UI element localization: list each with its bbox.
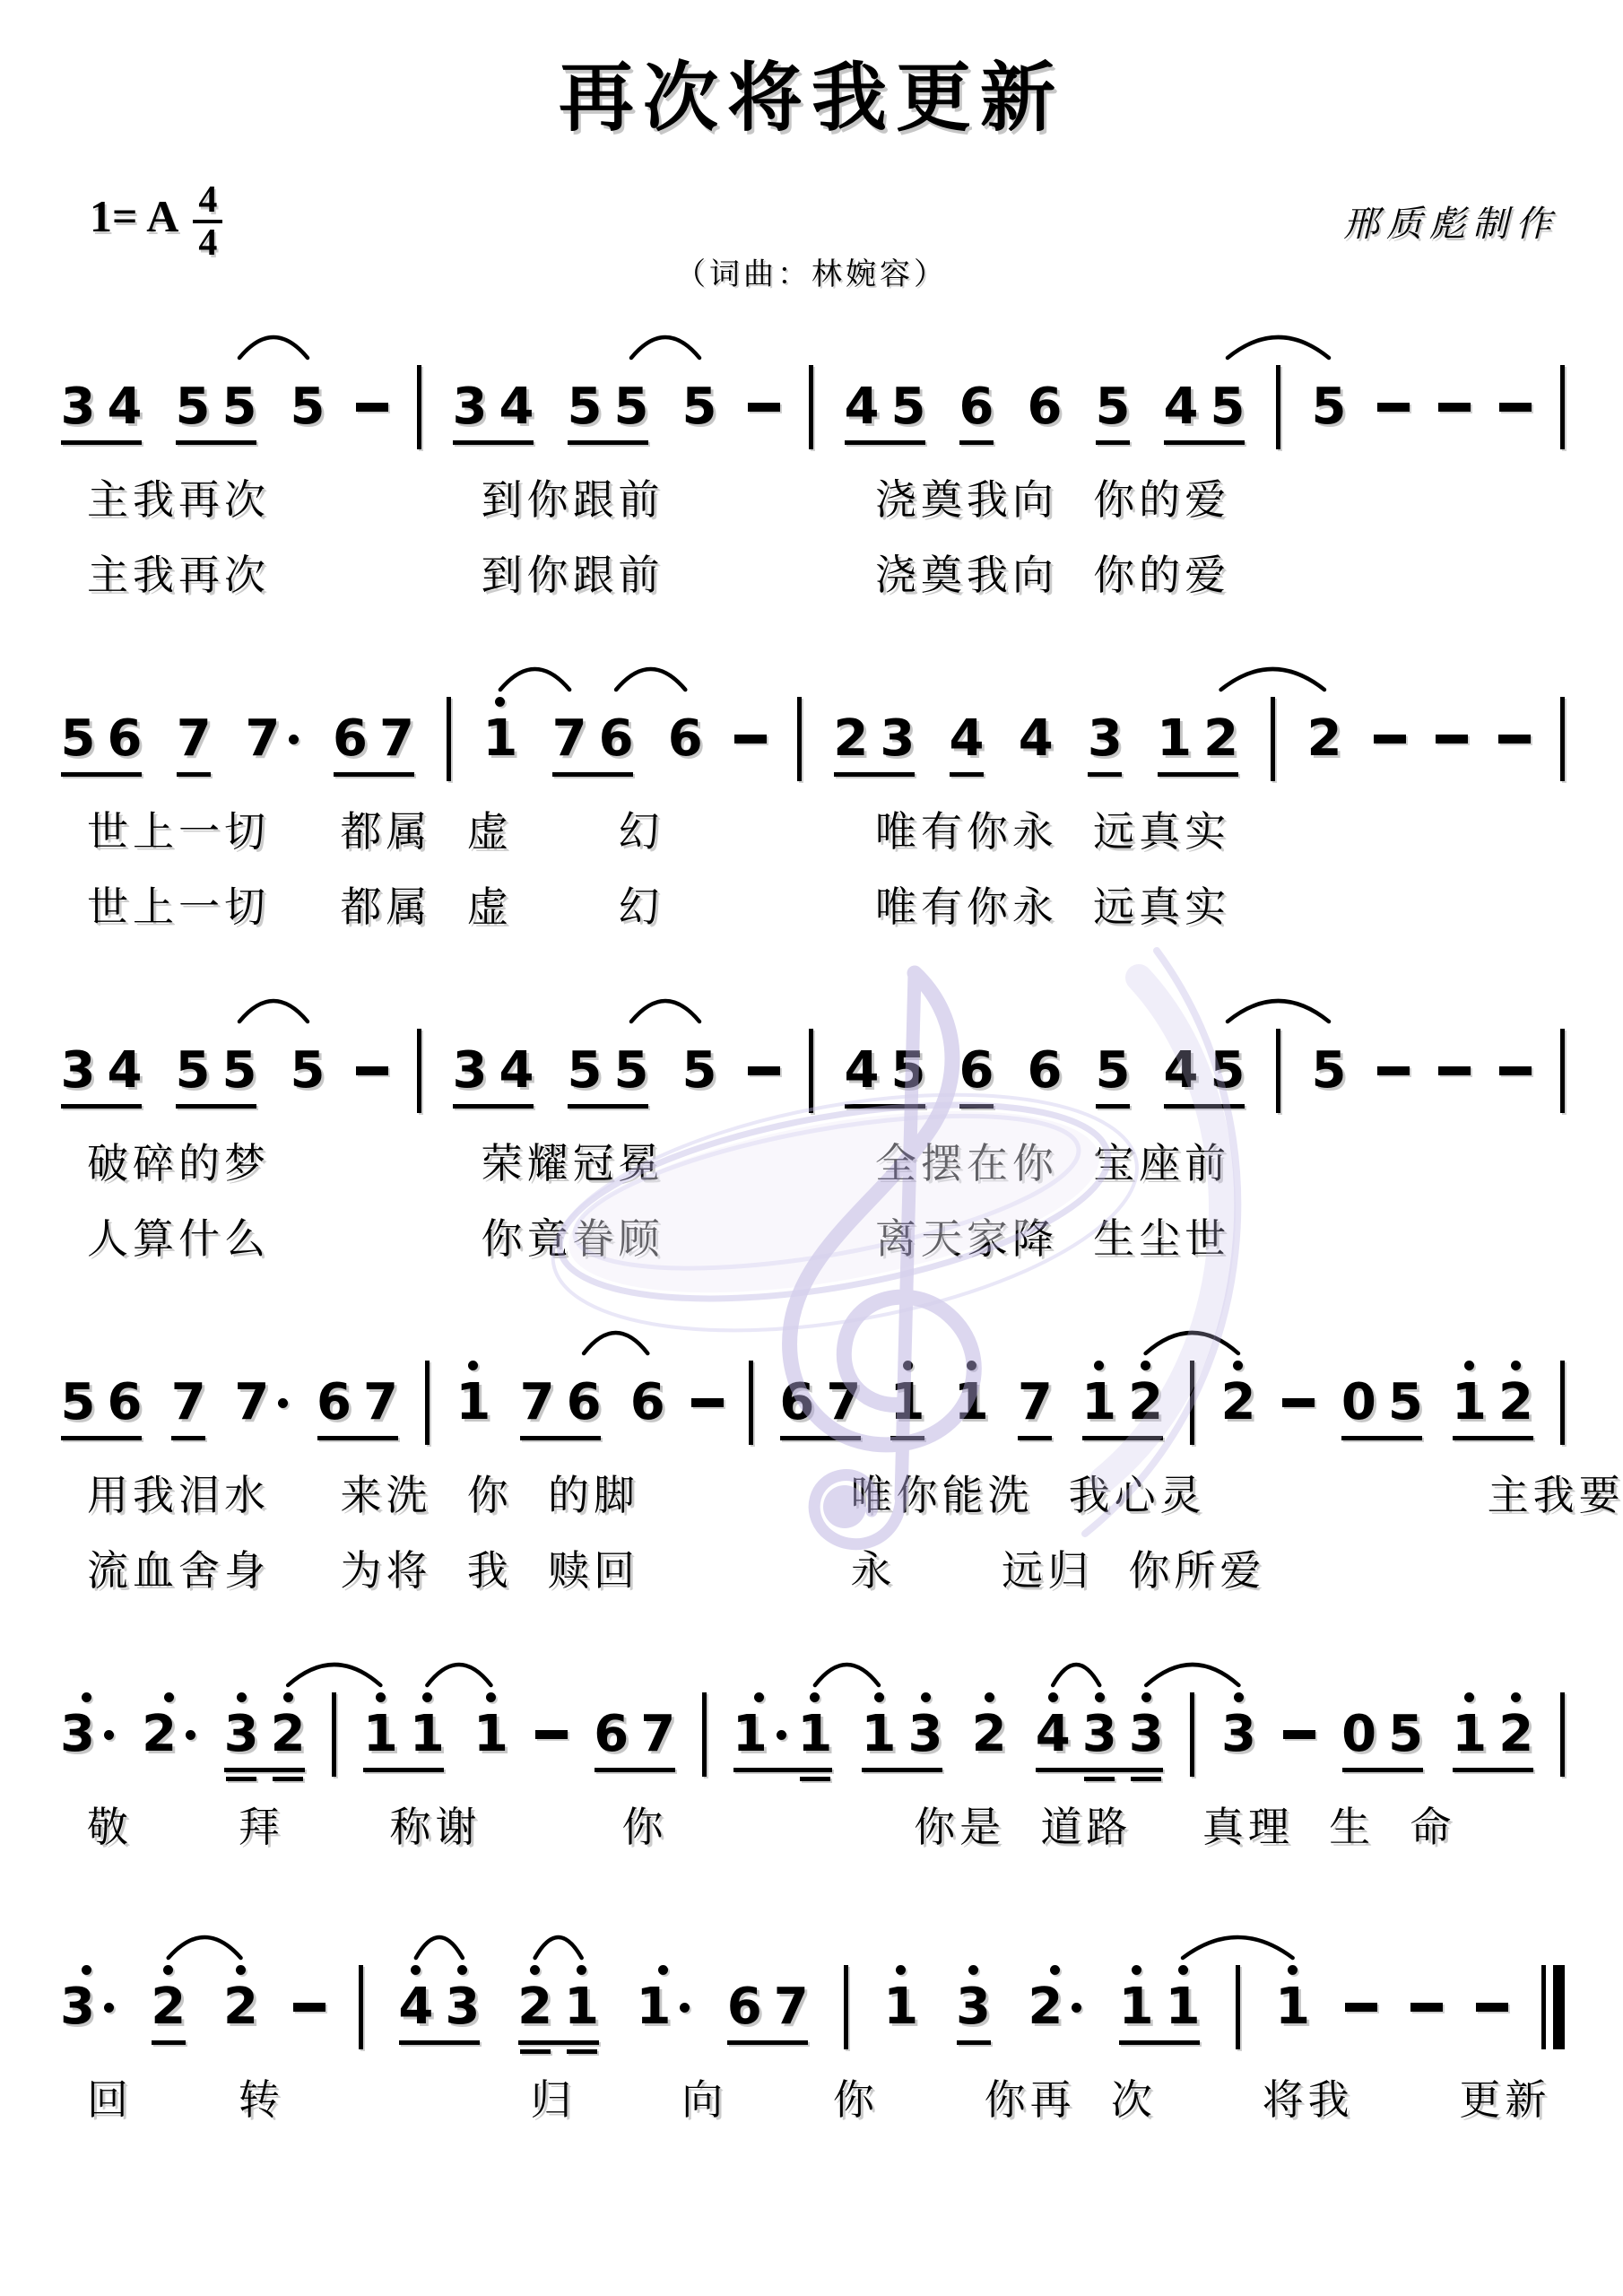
octave-dot	[1132, 1965, 1141, 1975]
note: 4	[398, 1965, 434, 2035]
beam-underline	[862, 1768, 942, 1772]
note-row: 6	[1028, 379, 1063, 435]
note-value: 5	[1096, 1043, 1131, 1099]
note-row: 7	[379, 711, 414, 767]
octave-dot	[283, 1692, 293, 1702]
barline	[702, 1692, 707, 1777]
note-row: 3	[60, 1707, 114, 1762]
note-row: 2	[1498, 1707, 1533, 1762]
note-group: 5	[288, 365, 327, 435]
note-row: 6	[333, 711, 368, 767]
octave-dot	[985, 1692, 994, 1702]
beam-underline	[595, 1768, 675, 1772]
note: 1	[456, 1361, 491, 1431]
barline	[1560, 1692, 1565, 1777]
note-row: 7	[177, 711, 212, 767]
note-value: 7	[520, 1375, 555, 1431]
note: 1	[953, 1361, 989, 1431]
octave-dot	[1095, 1692, 1105, 1702]
sheet-music-page: 再次将我更新 1= A 4 4 邢质彪制作 （词曲：林婉容） 345553455…	[0, 0, 1623, 2296]
note-value: 2	[972, 1707, 1007, 1762]
note-row: 6	[630, 1375, 665, 1431]
note-value: 7	[234, 1375, 269, 1431]
note-row: 5	[61, 711, 96, 767]
note-row: 7	[1018, 1375, 1053, 1431]
note-value: 5	[614, 1043, 649, 1099]
octave-dot	[1050, 1965, 1060, 1975]
note-group: 3	[58, 1965, 116, 2035]
note-value: 5	[614, 379, 649, 435]
note: 1	[473, 1692, 508, 1762]
note: 5	[681, 1029, 717, 1099]
note-row: 5	[891, 379, 926, 435]
note-group: 11	[1116, 1965, 1202, 2035]
barline	[1560, 1029, 1565, 1113]
note-row: 4	[950, 711, 985, 767]
note-value: 6	[594, 1707, 629, 1762]
note-row: 5	[291, 1043, 325, 1099]
note: 6	[566, 1361, 602, 1431]
slur-arc	[239, 1001, 308, 1022]
note: 1	[1452, 1361, 1488, 1431]
note-value: 6	[1028, 379, 1063, 435]
note: 5	[1095, 1029, 1131, 1099]
beam-underline	[224, 1768, 305, 1772]
duration-dash	[1476, 2003, 1508, 2012]
note: 3	[1081, 1692, 1117, 1762]
note-row: 6	[108, 1375, 143, 1431]
note-group: 12	[1450, 1361, 1536, 1431]
note-value: 1	[733, 1707, 768, 1762]
beam-underline	[1096, 440, 1130, 445]
note-row: 4	[1164, 379, 1199, 435]
note-group: 6	[957, 1029, 996, 1099]
note-value: 5	[1312, 379, 1347, 435]
note: 5	[221, 1029, 257, 1099]
note: 4	[949, 697, 985, 767]
barline	[417, 1029, 421, 1113]
octave-dot	[1511, 1361, 1521, 1370]
note-group: 43	[396, 1965, 482, 2035]
note-row: 4	[499, 1043, 534, 1099]
beam-underline	[959, 1104, 994, 1109]
note: 7	[363, 1361, 399, 1431]
octave-dot	[577, 1965, 586, 1975]
note-value: 2	[1306, 711, 1341, 767]
note-group: 67	[725, 1965, 811, 2035]
note-group: 7	[169, 1361, 208, 1431]
beam-underline	[453, 440, 534, 445]
note-row: 1	[1119, 1979, 1154, 2035]
note-group: 67	[331, 697, 417, 767]
note-value: 5	[222, 1043, 257, 1099]
note-group: 7	[232, 1361, 290, 1431]
note-value: 4	[950, 711, 985, 767]
note-group: 5	[1309, 365, 1349, 435]
barline	[332, 1692, 336, 1777]
beam-underline	[1119, 2040, 1200, 2045]
note-value: 1	[862, 1707, 897, 1762]
note-row: 3	[880, 711, 915, 767]
slur-arc	[584, 1333, 647, 1353]
note-group: 3	[954, 1965, 994, 2035]
note-row: 3	[908, 1707, 943, 1762]
note-row: 4	[1164, 1043, 1199, 1099]
note: 4	[1163, 365, 1199, 435]
note-row: 5	[682, 1043, 717, 1099]
lyrics-row-1: 世上一切 都属 虚 幻 唯有你永 远真实	[58, 794, 1565, 869]
note-value: 5	[1211, 379, 1245, 435]
beam-underline	[61, 1104, 142, 1109]
duration-dash	[1410, 2003, 1443, 2012]
octave-dot	[1464, 1361, 1474, 1370]
slur-arc	[616, 669, 685, 690]
barline	[425, 1361, 430, 1445]
note-row: 2	[833, 711, 868, 767]
note-row: 5	[1388, 1375, 1423, 1431]
note-value: 6	[630, 1375, 665, 1431]
note: 6	[726, 1965, 762, 2035]
note: 5	[1387, 1361, 1423, 1431]
note-value: 3	[61, 1043, 96, 1099]
beam-underline-second	[800, 1777, 830, 1781]
barline	[749, 1361, 753, 1445]
note-row: 2	[517, 1979, 552, 2035]
note-row: 3	[1221, 1707, 1256, 1762]
note-row: 4	[1019, 711, 1054, 767]
note-row: 3	[1088, 711, 1123, 767]
note-row: 5	[891, 1043, 926, 1099]
lyrics-row-1: 回 转 归 向 你 你再 次 将我 更新	[58, 2062, 1565, 2137]
note: 6	[1027, 1029, 1063, 1099]
note: 2	[151, 1965, 187, 2035]
beam-underline	[733, 1768, 832, 1772]
note: 4	[1163, 1029, 1199, 1099]
note: 2	[270, 1692, 306, 1762]
octave-dot	[1233, 1361, 1243, 1370]
note-row: 5	[1312, 1043, 1347, 1099]
barline	[809, 1029, 813, 1113]
duration-dash	[535, 1730, 568, 1739]
note-group: 6	[665, 697, 705, 767]
beam-underline	[1164, 1104, 1245, 1109]
note-row: 6	[779, 1375, 814, 1431]
note-group: 2	[969, 1692, 1009, 1762]
note-row: 6	[959, 1043, 994, 1099]
note-row: 6	[668, 711, 703, 767]
note-value: 5	[61, 1375, 96, 1431]
note-value: 3	[445, 1979, 480, 2035]
note: 1	[564, 1965, 600, 2035]
note-value: 4	[499, 379, 534, 435]
note-group: 34	[58, 365, 144, 435]
note: 5	[613, 365, 649, 435]
note-row: 6	[317, 1375, 352, 1431]
note-group: 7	[243, 697, 300, 767]
final-barline-thick	[1553, 1965, 1565, 2049]
note-value: 4	[1036, 1707, 1071, 1762]
octave-dot	[896, 1965, 906, 1975]
note-value: 1	[410, 1707, 445, 1762]
beam-underline	[61, 772, 142, 777]
note-row: 6	[567, 1375, 602, 1431]
note-value: 7	[171, 1375, 206, 1431]
octave-dot	[754, 1692, 764, 1702]
note-group: 34	[450, 365, 536, 435]
note: 1	[1157, 697, 1193, 767]
beam-underline	[176, 1104, 256, 1109]
note-group: 1	[1273, 1965, 1313, 2035]
note-value: 1	[1157, 711, 1192, 767]
note-row: 7	[520, 1375, 555, 1431]
note-value: 1	[482, 711, 517, 767]
note-value: 1	[1166, 1979, 1201, 2035]
slur-arc	[631, 1001, 699, 1022]
beam-underline	[1082, 1436, 1163, 1440]
lyrics-row-2: 主我再次 到你跟前 浇奠我向 你的爱	[58, 537, 1565, 613]
notation-row: 345553455545665455	[58, 964, 1565, 1099]
note: 5	[1311, 1029, 1347, 1099]
beam-underline	[1036, 1768, 1163, 1772]
note-value: 5	[176, 1043, 211, 1099]
note-row: 1	[733, 1707, 786, 1762]
score-line-6: 3224321167132111回 转 归 向 你 你再 次 将我 更新	[58, 1900, 1565, 2137]
octave-dot	[1141, 1361, 1150, 1370]
note-value: 2	[833, 711, 868, 767]
octave-dot	[1464, 1692, 1474, 1702]
note: 5	[1311, 365, 1347, 435]
note-value: 0	[1341, 1375, 1376, 1431]
note-group: 2	[140, 1692, 197, 1762]
note-row: 6	[1028, 1043, 1063, 1099]
note-value: 7	[774, 1979, 809, 2035]
augmentation-dot	[777, 1730, 786, 1740]
note: 2	[1498, 1692, 1534, 1762]
notation-row: 5677671766671171220512	[58, 1296, 1565, 1431]
note-value: 4	[499, 1043, 534, 1099]
note-row: 1	[482, 711, 517, 767]
note-group: 5	[680, 365, 719, 435]
note: 7	[170, 1361, 206, 1431]
slur-arc	[1146, 1665, 1238, 1685]
octave-dot	[1141, 1692, 1151, 1702]
note-value: 2	[1220, 1375, 1255, 1431]
slur-arc	[288, 1665, 380, 1685]
composer-subtitle: （词曲：林婉容）	[0, 249, 1623, 293]
note-row: 3	[453, 379, 488, 435]
note-group: 67	[592, 1692, 678, 1762]
octave-dot	[237, 1692, 247, 1702]
note-group: 1	[881, 1965, 921, 2035]
note-value: 5	[1312, 1043, 1347, 1099]
note-row: 2	[1220, 1375, 1255, 1431]
beam-underline	[1453, 1768, 1533, 1772]
beam-underline	[1018, 1436, 1052, 1440]
note-value: 6	[567, 1375, 602, 1431]
note: 3	[452, 365, 488, 435]
note-row: 6	[594, 1707, 629, 1762]
note-group: 3	[58, 1692, 116, 1762]
note-group: 34	[450, 1029, 536, 1099]
beam-underline	[61, 440, 142, 445]
note-row: 1	[1452, 1707, 1487, 1762]
beam-underline-second	[1131, 1777, 1161, 1781]
note-group: 45	[1161, 365, 1247, 435]
note-value: 4	[398, 1979, 433, 2035]
slur-arc	[1228, 1001, 1329, 1022]
note-group: 05	[1340, 1692, 1426, 1762]
note: 5	[567, 365, 603, 435]
octave-dot	[921, 1692, 931, 1702]
beam-underline	[520, 1436, 601, 1440]
note: 7	[640, 1692, 676, 1762]
barline	[1560, 1361, 1565, 1445]
note-group: 34	[58, 1029, 144, 1099]
note: 6	[779, 1361, 815, 1431]
note-value: 5	[176, 379, 211, 435]
note-value: 1	[1081, 1375, 1116, 1431]
note-value: 3	[908, 1707, 943, 1762]
note-value: 1	[636, 1979, 671, 2035]
note-row: 3	[1082, 1707, 1117, 1762]
beam-underline-second	[273, 1777, 303, 1781]
header: 再次将我更新 1= A 4 4 邢质彪制作 （词曲：林婉容）	[0, 0, 1623, 300]
note-row: 5	[1312, 379, 1347, 435]
note-row: 7	[640, 1707, 675, 1762]
note-row: 5	[222, 1043, 257, 1099]
notation-row: 345553455545665455	[58, 300, 1565, 435]
note: 3	[60, 365, 96, 435]
note: 1	[883, 1965, 919, 2035]
beam-underline	[363, 1768, 444, 1772]
note: 2	[971, 1692, 1007, 1762]
key-signature: 1= A 4 4	[90, 175, 222, 257]
beam-underline	[1164, 440, 1245, 445]
note-value: 2	[271, 1707, 306, 1762]
note-row: 5	[1388, 1707, 1423, 1762]
note: 3	[223, 1692, 259, 1762]
note-group: 1	[471, 1692, 510, 1762]
note: 3	[880, 697, 916, 767]
note-value: 5	[1388, 1375, 1423, 1431]
octave-dot	[968, 1965, 978, 1975]
note-group: 2	[1219, 1361, 1258, 1431]
octave-dot	[1511, 1692, 1521, 1702]
beam-underline	[1341, 1436, 1422, 1440]
note: 1	[890, 1361, 925, 1431]
beam-underline	[568, 1104, 648, 1109]
note-group: 12	[1155, 697, 1241, 767]
note-row: 5	[291, 379, 325, 435]
note-value: 5	[1211, 1043, 1245, 1099]
note-row: 5	[176, 1043, 211, 1099]
octave-dot	[1234, 1692, 1244, 1702]
note: 1	[1118, 1965, 1154, 2035]
note-row: 1	[1452, 1375, 1487, 1431]
note: 6	[107, 1361, 143, 1431]
duration-dash	[748, 1066, 780, 1075]
note: 2	[1498, 1361, 1534, 1431]
note: 5	[290, 1029, 325, 1099]
note-row: 5	[682, 379, 717, 435]
note-row: 4	[845, 379, 880, 435]
note-row: 0	[1341, 1375, 1376, 1431]
note: 4	[844, 1029, 880, 1099]
note-row: 2	[1128, 1375, 1163, 1431]
note-value: 1	[473, 1707, 508, 1762]
note: 6	[317, 1361, 352, 1431]
note-row: 1	[1157, 711, 1192, 767]
note: 5	[175, 1029, 211, 1099]
augmentation-dot	[278, 1398, 288, 1408]
beam-underline	[1096, 1104, 1130, 1109]
note-row: 2	[223, 1979, 258, 2035]
note: 3	[1220, 1692, 1256, 1762]
beam-underline	[453, 1104, 534, 1109]
slur-arc	[500, 669, 569, 690]
beam-underline	[171, 1436, 205, 1440]
lyrics-row-2: 人算什么 你竟眷顾 离天家降 生尘世	[58, 1201, 1565, 1276]
note-value: 3	[60, 1979, 95, 2035]
duration-dash	[1377, 1066, 1410, 1075]
final-barline-thin	[1541, 1965, 1546, 2049]
note-group: 6	[1025, 1029, 1064, 1099]
barline	[1236, 1965, 1240, 2049]
duration-dash	[691, 1398, 724, 1407]
note-value: 2	[1498, 1375, 1533, 1431]
note-group: 5	[1309, 1029, 1349, 1099]
note-row: 1	[1275, 1979, 1310, 2035]
beam-underline	[552, 772, 633, 777]
lyrics-row-1: 破碎的梦 荣耀冠冕 全摆在你 宝座前	[58, 1126, 1565, 1201]
note-value: 1	[363, 1707, 398, 1762]
note: 1	[409, 1692, 445, 1762]
duration-dash	[356, 403, 388, 412]
note-row: 5	[1211, 1043, 1245, 1099]
octave-dot	[495, 697, 505, 707]
note-row: 1	[1166, 1979, 1201, 2035]
note: 6	[629, 1361, 665, 1431]
note-row: 7	[245, 711, 299, 767]
note-value: 5	[891, 379, 926, 435]
octave-dot	[530, 1965, 540, 1975]
octave-dot	[903, 1361, 913, 1370]
note-value: 2	[151, 1979, 186, 2035]
note-row: 4	[108, 379, 143, 435]
note: 0	[1341, 1692, 1377, 1762]
note-row: 3	[61, 379, 96, 435]
note: 3	[956, 1965, 992, 2035]
octave-dot	[457, 1965, 467, 1975]
note: 7	[379, 697, 415, 767]
slur-arc	[427, 1665, 490, 1685]
barline	[809, 365, 813, 449]
beam-underline-second	[226, 1777, 256, 1781]
note-value: 6	[108, 1375, 143, 1431]
note-value: 7	[826, 1375, 861, 1431]
octave-dot	[236, 1965, 246, 1975]
beam-underline-second	[1084, 1777, 1115, 1781]
beam-underline	[176, 440, 256, 445]
note-row: 6	[108, 711, 143, 767]
augmentation-dot	[1072, 2003, 1081, 2013]
note-group: 2	[149, 1965, 188, 2035]
beam-underline-second	[567, 2049, 597, 2054]
note-value: 6	[1028, 1043, 1063, 1099]
note: 1	[861, 1692, 897, 1762]
note: 3	[445, 1965, 481, 2035]
note: 5	[60, 1361, 96, 1431]
